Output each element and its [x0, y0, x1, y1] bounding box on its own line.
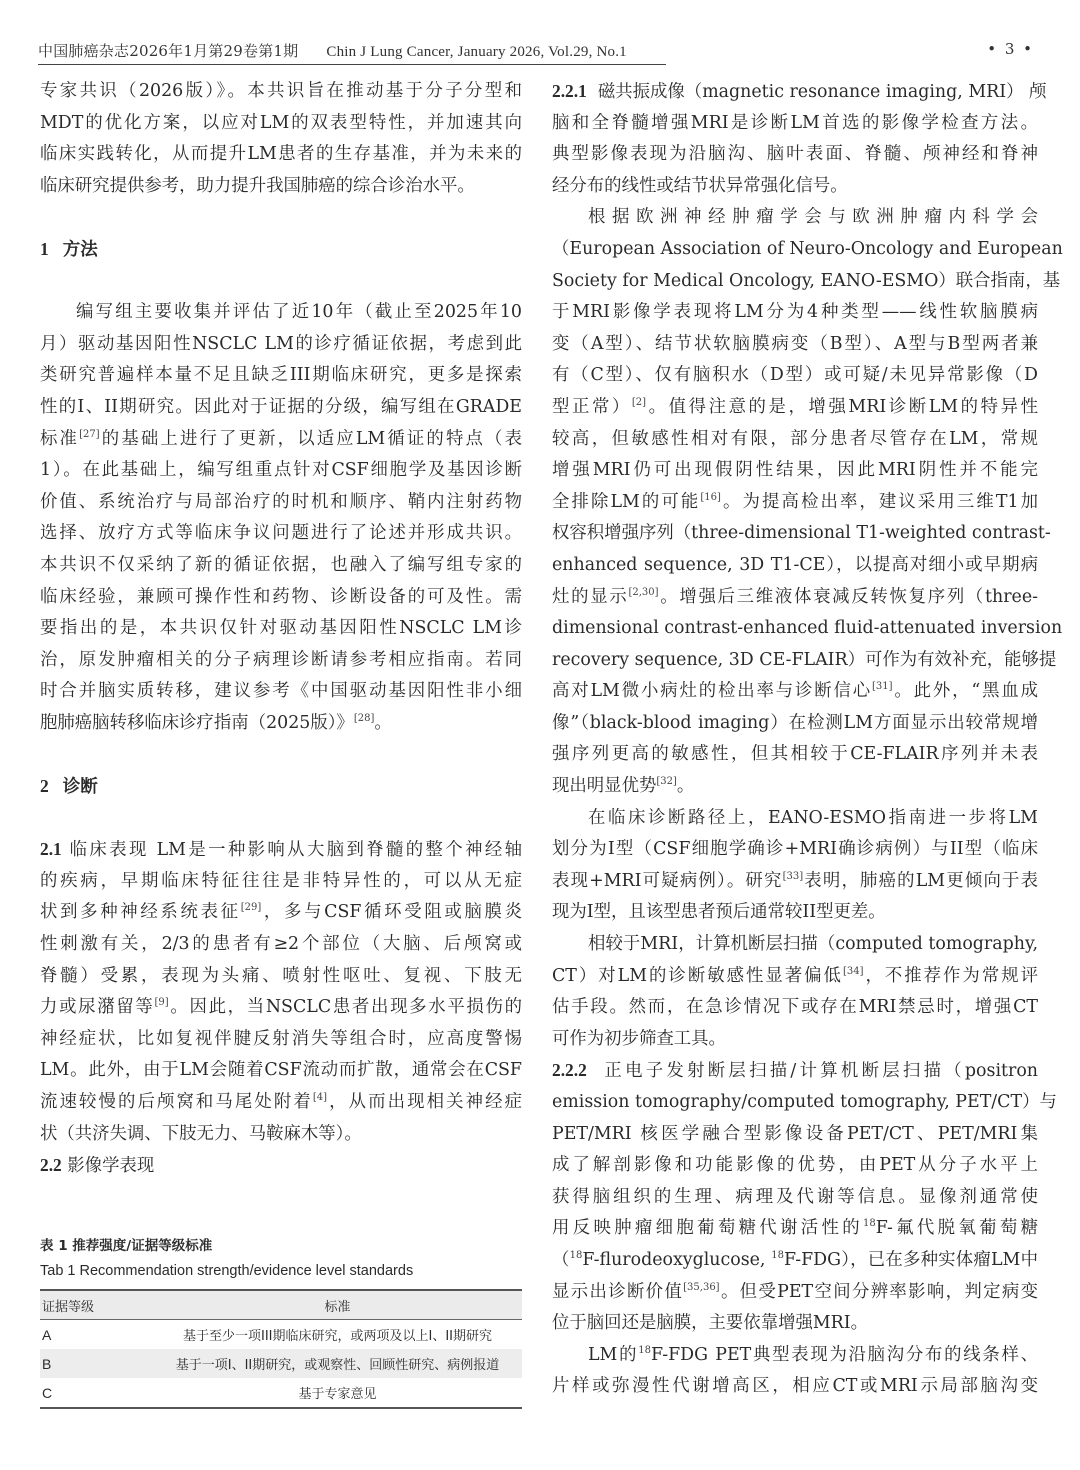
text-line: 临床经验，兼顾可操作性和药物、诊断设备的可及性。需 — [40, 582, 522, 614]
text-line: 像”（black-blood imaging）在检测LM方面显示出较常规增 — [552, 708, 1038, 740]
text-line: 相较于MRI，计算机断层扫描（computed tomography, — [552, 929, 1038, 961]
text-line: LM。此外，由于LM会随着CSF流动而扩散，通常会在CSF — [40, 1055, 522, 1087]
table-row: B 基于一项I、II期研究，或观察性、回顾性研究、病例报道 — [40, 1349, 522, 1378]
text-line: 可作为初步筛查工具。 — [552, 1024, 1038, 1056]
subsection-number: 2.1 — [40, 839, 62, 859]
text-line: 高对LM微小病灶的检出率与诊断信心[31]。此外，“黑血成 — [552, 676, 1038, 708]
text-line: 力或尿潴留等[9]。因此，当NSCLC患者出现多水平损伤的 — [40, 992, 522, 1024]
mri-paragraph: 2.2.1 磁共振成像（magnetic resonance imaging, … — [552, 76, 1038, 202]
citation: [33] — [783, 871, 804, 882]
citation: [9] — [155, 997, 169, 1008]
text-line: 表现+MRI可疑病例）。研究[33]表明，肺癌的LM更倾向于表 — [552, 866, 1038, 898]
page-number: • 3 • — [987, 40, 1034, 58]
text-line: 选择、放疗方式等临床争议问题进行了论述并形成共识。 — [40, 518, 522, 550]
text-line: 1）。在此基础上，编写组重点针对CSF细胞学及基因诊断 — [40, 455, 522, 487]
citation: [2] — [632, 397, 646, 408]
text-line: 性刺激有关，2/3的患者有≥2个部位（大脑、后颅窝或 — [40, 929, 522, 961]
text-line: 经分布的线性或结节状异常强化信号。 — [552, 171, 1038, 203]
text-line: LM的18F-FDG PET典型表现为沿脑沟分布的线条样、 — [552, 1340, 1038, 1372]
section-heading-methods: 1方法 — [40, 234, 522, 266]
text-line: 类研究普遍样本量不足且缺乏III期临床研究，更多是探索 — [40, 360, 522, 392]
text-line: 用反映肿瘤细胞葡萄糖代谢活性的18F-氟代脱氧葡萄糖 — [552, 1213, 1038, 1245]
intro-paragraph: 专家共识（2026版）》。本共识旨在推动基于分子分型和 MDT的优化方案，以应对… — [40, 76, 522, 202]
text-line: 临床研究提供参考，助力提升我国肺癌的综合诊治水平。 — [40, 171, 522, 203]
text-line: 现出明显优势[32]。 — [552, 771, 1038, 803]
text-line: 2.2.2 正电子发射断层扫描/计算机断层扫描（positron — [552, 1055, 1038, 1087]
text-line: 脑和全脊髓增强MRI是诊断LM首选的影像学检查方法。 — [552, 108, 1038, 140]
text-line: 片样或弥漫性代谢增高区，相应CT或MRI示局部脑沟变 — [552, 1371, 1038, 1403]
text-line: PET/MRI 核医学融合型影像设备PET/CT、PET/MRI集 — [552, 1119, 1038, 1151]
cell-level: B — [40, 1349, 153, 1378]
text-line: 标准[27]的基础上进行了更新，以适应LM循证的特点（表 — [40, 424, 522, 456]
text-line: （18F-flurodeoxyglucose, 18F-FDG），已在多种实体瘤… — [552, 1245, 1038, 1277]
text-line: 权容积增强序列（three-dimensional T1-weighted co… — [552, 518, 1038, 550]
text-line: 状（共济失调、下肢无力、马鞍麻木等）。 — [40, 1119, 522, 1151]
text-line: 流速较慢的后颅窝和马尾处附着[4]，从而出现相关神经症 — [40, 1087, 522, 1119]
text-line: 2.1 临床表现 LM是一种影响从大脑到脊髓的整个神经轴 — [40, 834, 522, 866]
journal-title-cn: 中国肺癌杂志2026年1月第29卷第1期 — [38, 42, 298, 60]
evidence-level-table: 证据等级 标准 A 基于至少一项III期临床研究，或两项及以上I、II期研究 B… — [40, 1289, 522, 1409]
citation: [35,36] — [683, 1282, 719, 1293]
eano-paragraph: 根据欧洲神经肿瘤学会与欧洲肿瘤内科学会 （European Associatio… — [552, 202, 1038, 802]
text-line: 成了解剖影像和功能影像的优势，由PET从分子水平上 — [552, 1150, 1038, 1182]
citation: [32] — [656, 776, 677, 787]
fdg-paragraph: LM的18F-FDG PET典型表现为沿脑沟分布的线条样、 片样或弥漫性代谢增高… — [552, 1340, 1038, 1403]
text-line: Society for Medical Oncology, EANO-ESMO）… — [552, 266, 1038, 298]
text-line: 要指出的是，本共识仅针对驱动基因阳性NSCLC LM诊 — [40, 613, 522, 645]
diagnostic-pathway-paragraph: 在临床诊断路径上，EANO-ESMO指南进一步将LM 划分为I型（CSF细胞学确… — [552, 803, 1038, 929]
cell-standard: 基于至少一项III期临床研究，或两项及以上I、II期研究 — [153, 1320, 522, 1350]
text-line: 专家共识（2026版）》。本共识旨在推动基于分子分型和 — [40, 76, 522, 108]
text-line: 全排除LM的可能[16]。为提高检出率，建议采用三维T1加 — [552, 487, 1038, 519]
text-line: 位于脑回还是脑膜，主要依靠增强MRI。 — [552, 1308, 1038, 1340]
running-head-journal: 中国肺癌杂志2026年1月第29卷第1期Chin J Lung Cancer, … — [38, 40, 666, 65]
text-line: 临床实践转化，从而提升LM患者的生存基准，并为未来的 — [40, 139, 522, 171]
table-1: 表 1 推荐强度/证据等级标准 Tab 1 Recommendation str… — [40, 1233, 522, 1409]
table-row: C 基于专家意见 — [40, 1378, 522, 1408]
text-line: 时合并脑实质转移，建议参考《中国驱动基因阳性非小细 — [40, 676, 522, 708]
table-header-row: 证据等级 标准 — [40, 1290, 522, 1320]
clinical-presentation-paragraph: 2.1 临床表现 LM是一种影响从大脑到脊髓的整个神经轴 的疾病，早期临床特征往… — [40, 834, 522, 1150]
text-line: 于MRI影像学表现将LM分为4种类型——线性软脑膜病 — [552, 297, 1038, 329]
table-row: A 基于至少一项III期临床研究，或两项及以上I、II期研究 — [40, 1320, 522, 1350]
text-line: recovery sequence, 3D CE-FLAIR）可作为有效补充，能… — [552, 645, 1038, 677]
citation: [4] — [313, 1092, 327, 1103]
pet-paragraph: 2.2.2 正电子发射断层扫描/计算机断层扫描（positron emissio… — [552, 1055, 1038, 1339]
text-line: emission tomography/computed tomography,… — [552, 1087, 1038, 1119]
text-line: 显示出诊断价值[35,36]。但受PET空间分辨率影响，判定病变 — [552, 1277, 1038, 1309]
citation: [34] — [843, 966, 864, 977]
text-line: 较高，但敏感性相对有限，部分患者尽管存在LM，常规 — [552, 424, 1038, 456]
column-header-level: 证据等级 — [40, 1290, 153, 1320]
ct-paragraph: 相较于MRI，计算机断层扫描（computed tomography, CT）对… — [552, 929, 1038, 1055]
left-column: 专家共识（2026版）》。本共识旨在推动基于分子分型和 MDT的优化方案，以应对… — [40, 76, 522, 1182]
citation: [16] — [700, 492, 721, 503]
text-line: 的疾病，早期临床特征往往是非特异性的，可以从无症 — [40, 866, 522, 898]
text-line: 估手段。然而，在急诊情况下或存在MRI禁忌时，增强CT — [552, 992, 1038, 1024]
text-line: 本共识不仅采纳了新的循证依据，也融入了编写组专家的 — [40, 550, 522, 582]
cell-level: C — [40, 1378, 153, 1408]
text-line: 价值、系统治疗与局部治疗的时机和顺序、鞘内注射药物 — [40, 487, 522, 519]
text-line: 月）驱动基因阳性NSCLC LM的诊疗循证依据，考虑到此 — [40, 329, 522, 361]
text-line: 灶的显示[2,30]。增强后三维液体衰减反转恢复序列（three- — [552, 582, 1038, 614]
citation: [2,30] — [628, 587, 658, 598]
cell-standard: 基于一项I、II期研究，或观察性、回顾性研究、病例报道 — [153, 1349, 522, 1378]
subsection-number: 2.2.2 — [552, 1060, 587, 1080]
text-line: dimensional contrast-enhanced fluid-atte… — [552, 613, 1038, 645]
text-line: 在临床诊断路径上，EANO-ESMO指南进一步将LM — [552, 803, 1038, 835]
text-line: 有（C型）、仅有脑积水（D型）或可疑/未见异常影像（D — [552, 360, 1038, 392]
text-line: 根据欧洲神经肿瘤学会与欧洲肿瘤内科学会 — [552, 202, 1038, 234]
journal-title-en: Chin J Lung Cancer, January 2026, Vol.29… — [326, 44, 627, 60]
citation: [27] — [79, 429, 100, 440]
text-line: 现为I型，且该型患者预后通常较II型更差。 — [552, 897, 1038, 929]
text-line: 获得脑组织的生理、病理及代谢等信息。显像剂通常使 — [552, 1182, 1038, 1214]
table-caption-en: Tab 1 Recommendation strength/evidence l… — [40, 1259, 522, 1283]
text-line: 变（A型）、结节状软脑膜病变（B型）、A型与B型两者兼 — [552, 329, 1038, 361]
cell-level: A — [40, 1320, 153, 1350]
right-column: 2.2.1 磁共振成像（magnetic resonance imaging, … — [552, 76, 1038, 1403]
text-line: （European Association of Neuro-Oncology … — [552, 234, 1038, 266]
text-line: 型正常）[2]。值得注意的是，增强MRI诊断LM的特异性 — [552, 392, 1038, 424]
text-line: 神经症状，比如复视伴腱反射消失等组合时，应高度警惕 — [40, 1024, 522, 1056]
methods-paragraph: 编写组主要收集并评估了近10年（截止至2025年10 月）驱动基因阳性NSCLC… — [40, 297, 522, 739]
subsection-heading-imaging: 2.2 影像学表现 — [40, 1150, 522, 1182]
subsection-number: 2.2.1 — [552, 81, 587, 101]
text-line: 强序列更高的敏感性，但其相较于CE-FLAIR序列并未表 — [552, 739, 1038, 771]
text-line: 性的I、II期研究。因此对于证据的分级，编写组在GRADE — [40, 392, 522, 424]
section-heading-diagnosis: 2诊断 — [40, 771, 522, 803]
text-line: 划分为I型（CSF细胞学确诊+MRI确诊病例）与II型（临床 — [552, 834, 1038, 866]
text-line: enhanced sequence, 3D T1-CE），以提高对细小或早期病 — [552, 550, 1038, 582]
column-header-standard: 标准 — [153, 1290, 522, 1320]
table-caption-cn: 表 1 推荐强度/证据等级标准 — [40, 1233, 522, 1259]
text-line: 状到多种神经系统表征[29]，多与CSF循环受阻或脑膜炎 — [40, 897, 522, 929]
cell-standard: 基于专家意见 — [153, 1378, 522, 1408]
text-line: 胞肺癌脑转移临床诊疗指南（2025版）》[28]。 — [40, 708, 522, 740]
citation: [28] — [354, 713, 375, 724]
text-line: 2.2.1 磁共振成像（magnetic resonance imaging, … — [552, 76, 1038, 108]
text-line: 治，原发肿瘤相关的分子病理诊断请参考相应指南。若同 — [40, 645, 522, 677]
text-line: 增强MRI仍可出现假阴性结果，因此MRI阴性并不能完 — [552, 455, 1038, 487]
text-line: 典型影像表现为沿脑沟、脑叶表面、脊髓、颅神经和脊神 — [552, 139, 1038, 171]
text-line: 编写组主要收集并评估了近10年（截止至2025年10 — [40, 297, 522, 329]
citation: [31] — [872, 681, 893, 692]
running-head: 中国肺癌杂志2026年1月第29卷第1期Chin J Lung Cancer, … — [38, 38, 1042, 62]
text-line: CT）对LM的诊断敏感性显著偏低[34]，不推荐作为常规评 — [552, 961, 1038, 993]
citation: [29] — [241, 902, 262, 913]
text-line: 脊髓）受累，表现为头痛、喷射性呕吐、复视、下肢无 — [40, 961, 522, 993]
text-line: MDT的优化方案，以应对LM的双表型特性，并加速其向 — [40, 108, 522, 140]
